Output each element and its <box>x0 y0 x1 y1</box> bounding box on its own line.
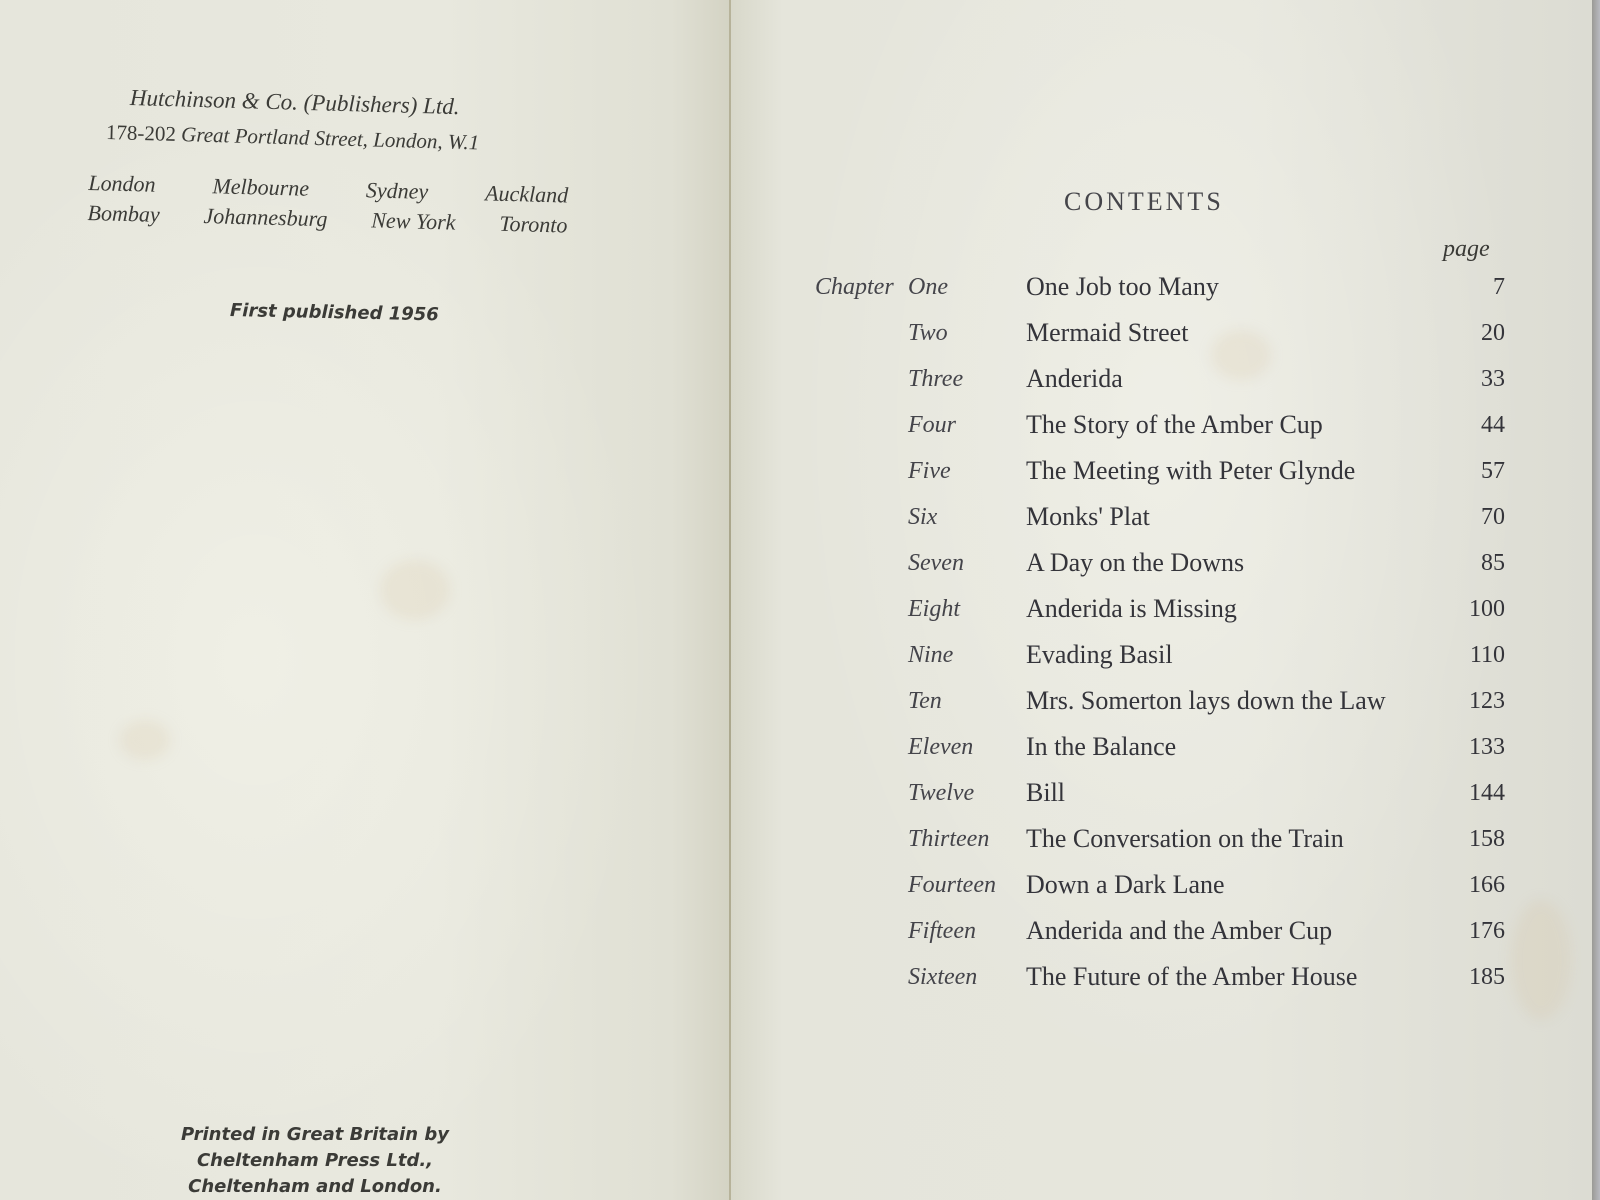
publisher-name: Hutchinson & Co. (Publishers) Ltd. <box>130 85 460 120</box>
chapter-page: 185 <box>1469 954 1505 1000</box>
city: Sydney <box>366 175 429 207</box>
chapter-page: 176 <box>1469 908 1505 954</box>
chapter-title: One Job too Many <box>1026 264 1219 310</box>
chapter-page: 44 <box>1481 402 1505 448</box>
chapter-number: Twelve <box>908 770 974 816</box>
chapter-page: 133 <box>1469 724 1505 770</box>
page-edge <box>1592 0 1600 1200</box>
left-page-imprint: Hutchinson & Co. (Publishers) Ltd. 178-2… <box>0 0 729 1200</box>
toc-entry: Six Monks' Plat 70 <box>815 494 1505 540</box>
city: Johannesburg <box>203 201 328 234</box>
chapter-page: 158 <box>1469 816 1505 862</box>
chapter-number: Eleven <box>908 724 973 770</box>
city: Bombay <box>87 198 160 230</box>
chapter-prefix: Chapter <box>815 264 894 310</box>
toc-entry: Two Mermaid Street 20 <box>815 310 1505 356</box>
chapter-number: Five <box>908 448 951 494</box>
chapter-title: In the Balance <box>1026 724 1176 770</box>
city: London <box>88 168 156 200</box>
toc-entry: Fourteen Down a Dark Lane 166 <box>815 862 1505 908</box>
chapter-title: The Conversation on the Train <box>1026 816 1344 862</box>
chapter-page: 20 <box>1481 310 1505 356</box>
chapter-title: Monks' Plat <box>1026 494 1150 540</box>
paper-stain <box>380 560 450 620</box>
chapter-title: Mermaid Street <box>1026 310 1188 356</box>
city: Toronto <box>499 209 568 241</box>
chapter-number: Nine <box>908 632 953 678</box>
toc-entry: Eight Anderida is Missing 100 <box>815 586 1505 632</box>
chapter-number: Four <box>908 402 956 448</box>
paper-stain <box>120 720 170 760</box>
chapter-number: Two <box>908 310 948 356</box>
chapter-title: The Story of the Amber Cup <box>1026 402 1323 448</box>
city: New York <box>371 205 456 237</box>
page-column-label: page <box>1443 236 1490 263</box>
toc-entry: Twelve Bill 144 <box>815 770 1505 816</box>
toc-entry: Three Anderida 33 <box>815 356 1505 402</box>
chapter-number: One <box>908 264 948 310</box>
chapter-title: Anderida is Missing <box>1026 586 1237 632</box>
publisher-cities: London Melbourne Sydney Auckland Bombay … <box>87 168 568 241</box>
printer-line-2: Cheltenham Press Ltd., <box>160 1148 470 1174</box>
city: Auckland <box>485 178 569 210</box>
chapter-page: 100 <box>1469 586 1505 632</box>
address-number: 178-202 <box>106 120 177 146</box>
chapter-number: Fifteen <box>908 908 976 954</box>
chapter-title: Down a Dark Lane <box>1026 862 1225 908</box>
contents-heading: CONTENTS <box>1064 187 1224 217</box>
chapter-page: 7 <box>1493 264 1505 310</box>
chapter-page: 70 <box>1481 494 1505 540</box>
chapter-page: 166 <box>1469 862 1505 908</box>
printer-credit: Printed in Great Britain by Cheltenham P… <box>160 1122 470 1200</box>
chapter-title: Anderida <box>1026 356 1123 402</box>
chapter-number: Eight <box>908 586 960 632</box>
toc-entry: Sixteen The Future of the Amber House 18… <box>815 954 1505 1000</box>
table-of-contents: Chapter One One Job too Many 7 Two Merma… <box>815 264 1505 1000</box>
chapter-title: Bill <box>1026 770 1065 816</box>
chapter-title: Evading Basil <box>1026 632 1173 678</box>
chapter-number: Thirteen <box>908 816 989 862</box>
chapter-title: A Day on the Downs <box>1026 540 1244 586</box>
chapter-page: 33 <box>1481 356 1505 402</box>
toc-entry: Eleven In the Balance 133 <box>815 724 1505 770</box>
toc-entry: Seven A Day on the Downs 85 <box>815 540 1505 586</box>
chapter-title: The Future of the Amber House <box>1026 954 1357 1000</box>
chapter-page: 85 <box>1481 540 1505 586</box>
toc-entry: Four The Story of the Amber Cup 44 <box>815 402 1505 448</box>
printer-line-3: Cheltenham and London. <box>160 1174 470 1200</box>
toc-entry: Thirteen The Conversation on the Train 1… <box>815 816 1505 862</box>
toc-entry: Ten Mrs. Somerton lays down the Law 123 <box>815 678 1505 724</box>
chapter-title: Anderida and the Amber Cup <box>1026 908 1332 954</box>
toc-entry: Five The Meeting with Peter Glynde 57 <box>815 448 1505 494</box>
chapter-number: Fourteen <box>908 862 996 908</box>
chapter-page: 123 <box>1469 678 1505 724</box>
toc-entry: Fifteen Anderida and the Amber Cup 176 <box>815 908 1505 954</box>
chapter-number: Three <box>908 356 963 402</box>
toc-entry: Chapter One One Job too Many 7 <box>815 264 1505 310</box>
chapter-page: 110 <box>1470 632 1505 678</box>
address-street: Great Portland Street, London, W.1 <box>181 122 480 154</box>
printer-line-1: Printed in Great Britain by <box>160 1122 470 1148</box>
paper-stain <box>1511 900 1571 1020</box>
chapter-page: 144 <box>1469 770 1505 816</box>
toc-entry: Nine Evading Basil 110 <box>815 632 1505 678</box>
publisher-address: 178-202 Great Portland Street, London, W… <box>106 120 480 155</box>
chapter-title: The Meeting with Peter Glynde <box>1026 448 1355 494</box>
chapter-number: Seven <box>908 540 964 586</box>
chapter-number: Sixteen <box>908 954 977 1000</box>
chapter-number: Six <box>908 494 937 540</box>
chapter-number: Ten <box>908 678 942 724</box>
chapter-page: 57 <box>1481 448 1505 494</box>
chapter-title: Mrs. Somerton lays down the Law <box>1026 678 1386 724</box>
first-published-line: First published 1956 <box>230 300 439 325</box>
city: Melbourne <box>212 171 309 204</box>
open-book-spread: Hutchinson & Co. (Publishers) Ltd. 178-2… <box>0 0 1600 1200</box>
